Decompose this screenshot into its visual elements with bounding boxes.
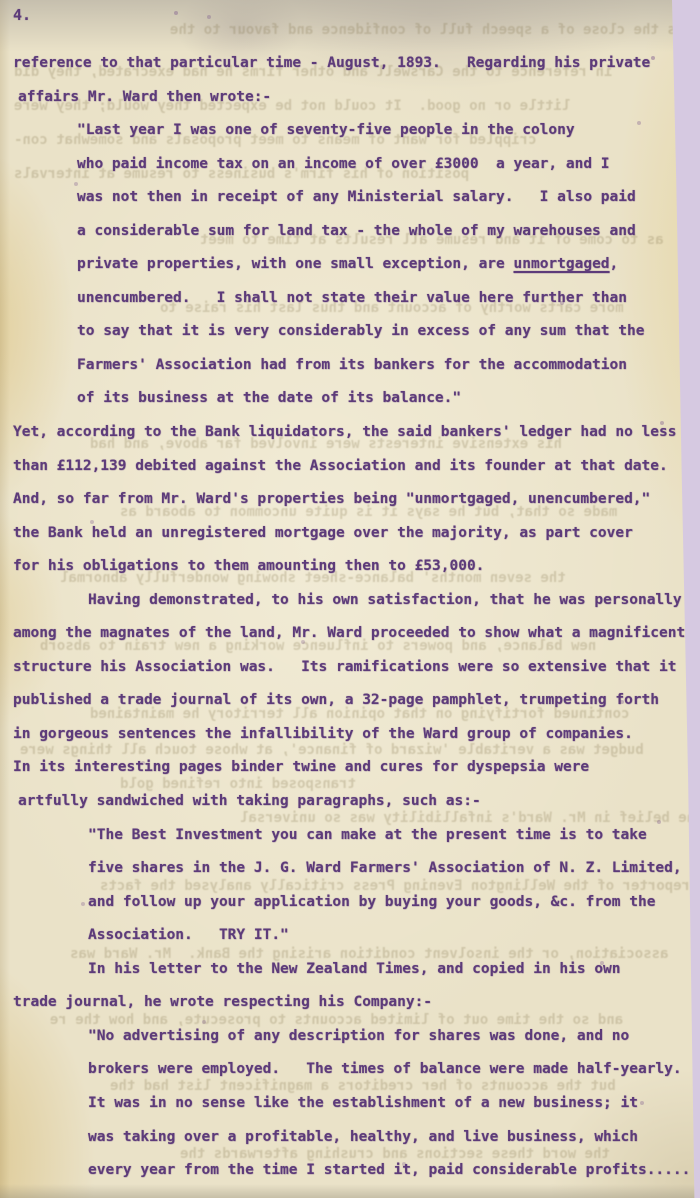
text-line: in gorgeous sentences the infallibility … [0, 718, 700, 752]
text-line: "The Best Investment you can make at the… [0, 819, 700, 853]
text-line: Farmers' Association had from its banker… [0, 349, 700, 383]
paper: Towards the close of a speech full of co… [0, 0, 700, 1198]
text-line: five shares in the J. G. Ward Farmers' A… [0, 852, 700, 886]
text-line: every year from the time I started it, p… [0, 1154, 700, 1188]
text-line: than £112,139 debited against the Associ… [0, 450, 700, 484]
text-line: And, so far from Mr. Ward's properties b… [0, 483, 700, 517]
text-line: Having demonstrated, to his own satisfac… [0, 584, 700, 618]
text-line: a considerable sum for land tax - the wh… [0, 215, 700, 249]
text-line: affairs Mr. Ward then wrote:- [0, 81, 700, 115]
text-line: published a trade journal of its own, a … [0, 684, 700, 718]
document-text: reference to that particular time - Augu… [0, 0, 700, 1188]
text-line: structure his Association was. Its ramif… [0, 651, 700, 685]
text-line: trade journal, he wrote respecting his C… [0, 986, 700, 1020]
text-line: and follow up your application by buying… [0, 886, 700, 920]
text-line: who paid income tax on an income of over… [0, 148, 700, 182]
scanned-document-page: Towards the close of a speech full of co… [0, 0, 700, 1198]
text-line: Yet, according to the Bank liquidators, … [0, 416, 700, 450]
text-line: "Last year I was one of seventy-five peo… [0, 114, 700, 148]
text-line: "No advertising of any description for s… [0, 1020, 700, 1054]
text-line: the Bank held an unregistered mortgage o… [0, 517, 700, 551]
text-line: unencumbered. I shall not state their va… [0, 282, 700, 316]
text-line: among the magnates of the land, Mr. Ward… [0, 617, 700, 651]
text-line: for his obligations to them amounting th… [0, 550, 700, 584]
text-line: was not then in receipt of any Ministeri… [0, 181, 700, 215]
text-line: of its business at the date of its balan… [0, 382, 700, 416]
text-line: to say that it is very considerably in e… [0, 315, 700, 349]
text-line: was taking over a profitable, healthy, a… [0, 1121, 700, 1155]
text-line: In his letter to the New Zealand Times, … [0, 953, 700, 987]
text-line: brokers were employed. The times of bala… [0, 1053, 700, 1087]
text-line: It was in no sense like the establishmen… [0, 1087, 700, 1121]
text-line: Association. TRY IT." [0, 919, 700, 953]
text-line: reference to that particular time - Augu… [0, 47, 700, 81]
text-line: private properties, with one small excep… [0, 248, 700, 282]
text-line: artfully sandwiched with taking paragrap… [0, 785, 700, 819]
text-line: In its interesting pages binder twine an… [0, 751, 700, 785]
